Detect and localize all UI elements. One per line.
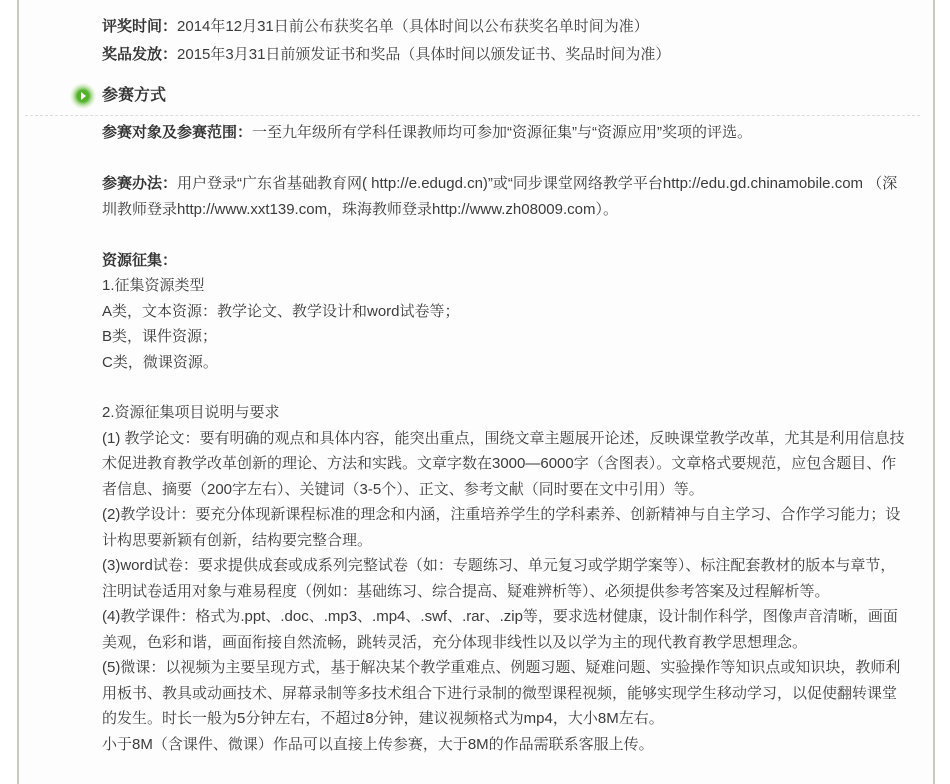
- prize-release-row: 奖品发放：2015年3月31日前颁发证书和奖品（具体时间以颁发证书、奖品时间为准…: [102, 41, 906, 69]
- requirements-section: 2.资源征集项目说明与要求 (1) 教学论文：要有明确的观点和具体内容，能突出重…: [102, 400, 906, 757]
- scope-text: 一至九年级所有学科任课教师均可参加“资源征集”与“资源应用”奖项的评选。: [252, 124, 752, 141]
- resource-type-item-c: C类，微课资源。: [102, 350, 906, 376]
- upload-note: 小于8M（含课件、微课）作品可以直接上传参赛，大于8M的作品需联系客服上传。: [102, 732, 906, 758]
- resource-type-heading: 1.征集资源类型: [102, 273, 906, 299]
- resource-type-item-b: B类，课件资源；: [102, 324, 906, 350]
- requirement-item-1: (1) 教学论文：要有明确的观点和具体内容，能突出重点，围绕文章主题展开论述，反…: [102, 426, 906, 503]
- prize-release-label: 奖品发放：: [102, 46, 177, 63]
- method-label: 参赛办法：: [102, 175, 177, 192]
- award-time-label: 评奖时间：: [102, 18, 177, 35]
- resource-type-item-a: A类，文本资源：教学论文、教学设计和word试卷等；: [102, 299, 906, 325]
- content-panel: 评奖时间：2014年12月31日前公布获奖名单（具体时间以公布获奖名单时间为准）…: [17, 0, 935, 784]
- resource-collection-heading: 资源征集：: [102, 248, 906, 274]
- section-heading: 参赛方式: [102, 83, 906, 109]
- award-time-text: 2014年12月31日前公布获奖名单（具体时间以公布获奖名单时间为准）: [177, 18, 649, 35]
- section-title: 参赛方式: [102, 87, 166, 104]
- method-paragraph: 参赛办法：用户登录“广东省基础教育网( http://e.edugd.cn)”或…: [102, 171, 906, 222]
- scope-paragraph: 参赛对象及参赛范围：一至九年级所有学科任课教师均可参加“资源征集”与“资源应用”…: [102, 120, 906, 146]
- requirement-item-5: (5)微课：以视频为主要呈现方式，基于解决某个教学重难点、例题习题、疑难问题、实…: [102, 655, 906, 732]
- requirement-item-2: (2)教学设计：要充分体现新课程标准的理念和内涵，注重培养学生的学科素养、创新精…: [102, 502, 906, 553]
- dashed-divider: [25, 115, 920, 116]
- green-play-bullet-icon: [70, 83, 96, 109]
- scope-label: 参赛对象及参赛范围：: [102, 124, 252, 141]
- requirement-item-3: (3)word试卷：要求提供成套或成系列完整试卷（如：专题练习、单元复习或学期学…: [102, 553, 906, 604]
- resource-collection-section: 资源征集： 1.征集资源类型 A类，文本资源：教学论文、教学设计和word试卷等…: [102, 248, 906, 376]
- award-time-row: 评奖时间：2014年12月31日前公布获奖名单（具体时间以公布获奖名单时间为准）: [102, 13, 906, 41]
- requirement-item-4: (4)教学课件：格式为.ppt、.doc、.mp3、.mp4、.swf、.rar…: [102, 604, 906, 655]
- requirements-heading: 2.资源征集项目说明与要求: [102, 400, 906, 426]
- method-text: 用户登录“广东省基础教育网( http://e.edugd.cn)”或“同步课堂…: [102, 175, 897, 218]
- prize-release-text: 2015年3月31日前颁发证书和奖品（具体时间以颁发证书、奖品时间为准）: [177, 46, 670, 63]
